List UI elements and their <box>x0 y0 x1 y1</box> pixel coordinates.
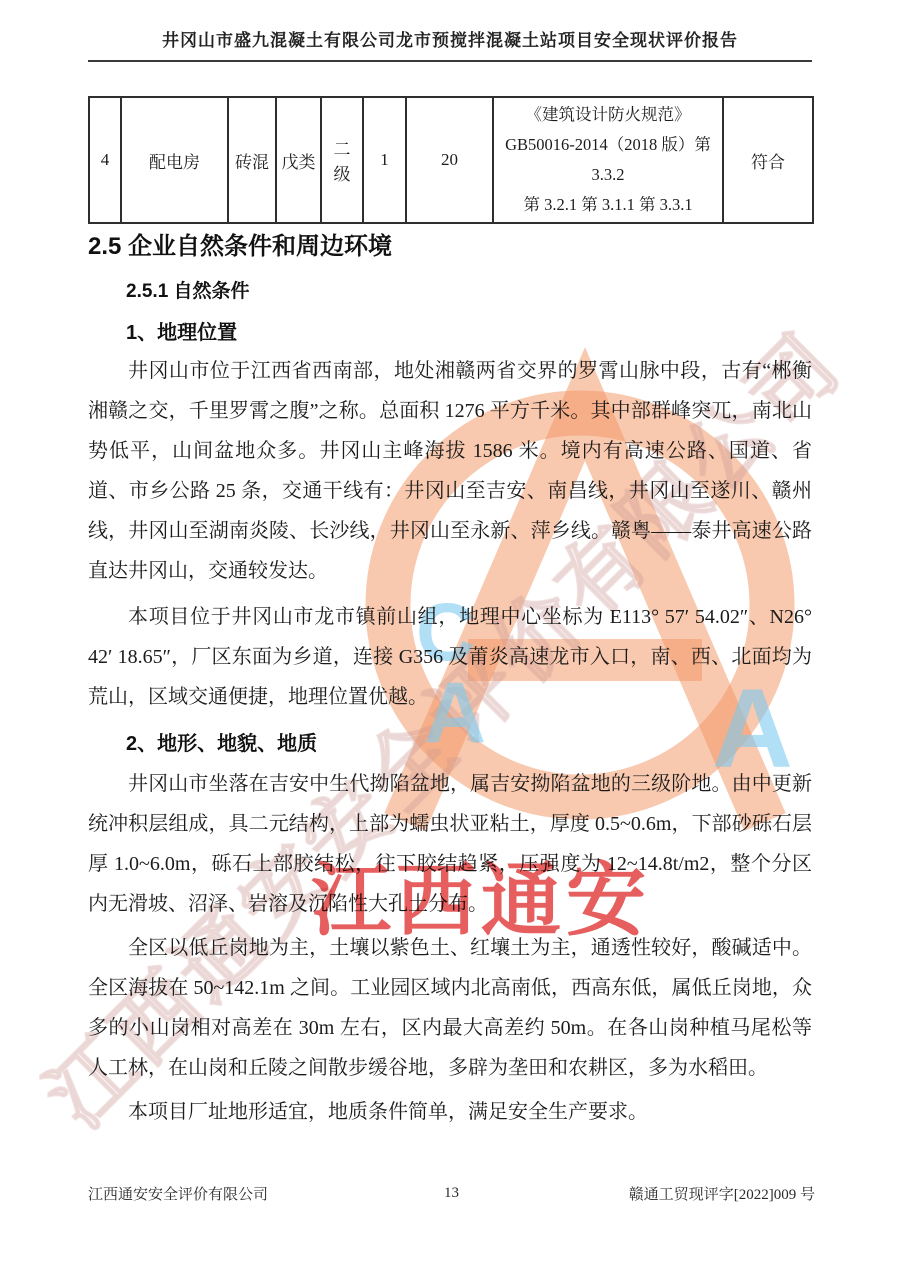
section-heading-2-5-1: 2.5.1 自然条件 <box>126 278 812 306</box>
cell-storeys: 1 <box>363 97 406 223</box>
cell-area: 20 <box>406 97 493 223</box>
footer-document-number: 赣通工贸现评字[2022]009 号 <box>573 1183 815 1204</box>
cell-conformity: 符合 <box>723 97 813 223</box>
page-footer: 江西通安安全评价有限公司 13 赣通工贸现评字[2022]009 号 <box>88 1183 815 1204</box>
page-content: 井冈山市盛九混凝土有限公司龙市预搅拌混凝土站项目安全现状评价报告 4 配电房 砖… <box>0 0 900 1132</box>
paragraph-project-location: 本项目位于井冈山市龙市镇前山组，地理中心坐标为 E113° 57′ 54.02″… <box>88 597 812 717</box>
subheading-geographic-location: 1、地理位置 <box>126 319 812 347</box>
report-page: 江西通安安全评价有限公司 C A A 井冈山市盛九混凝土有限公司龙市预搅拌混凝土… <box>0 0 900 1272</box>
paragraph-geology-2: 全区以低丘岗地为主，土壤以紫色土、红壤土为主，通透性较好，酸碱适中。全区海拔在 … <box>88 928 812 1088</box>
cell-row-number: 4 <box>89 97 121 223</box>
section-heading-2-5: 2.5 企业自然条件和周边环境 <box>88 230 812 264</box>
footer-company-name: 江西通安安全评价有限公司 <box>88 1183 330 1204</box>
cell-fire-category: 戊类 <box>276 97 321 223</box>
paragraph-geology-1: 井冈山市坐落在吉安中生代拗陷盆地，属吉安拗陷盆地的三级阶地。由中更新统冲积层组成… <box>88 764 812 924</box>
cell-regulation: 《建筑设计防火规范》 GB50016-2014（2018 版）第 3.3.2 第… <box>493 97 723 223</box>
cell-building-name: 配电房 <box>121 97 228 223</box>
footer-page-number: 13 <box>330 1185 572 1202</box>
page-header-title: 井冈山市盛九混凝土有限公司龙市预搅拌混凝土站项目安全现状评价报告 <box>88 18 812 62</box>
cell-structure: 砖混 <box>228 97 276 223</box>
cell-fire-rating: 二级 <box>321 97 363 223</box>
table-row: 4 配电房 砖混 戊类 二级 1 20 《建筑设计防火规范》 GB50016-2… <box>89 97 813 223</box>
subheading-terrain-geology: 2、地形、地貌、地质 <box>126 730 812 758</box>
paragraph-site-suitability: 本项目厂址地形适宜，地质条件简单，满足安全生产要求。 <box>88 1092 812 1132</box>
paragraph-geography-1: 井冈山市位于江西省西南部，地处湘赣两省交界的罗霄山脉中段，古有“郴衡湘赣之交，千… <box>88 351 812 591</box>
building-fire-compliance-table: 4 配电房 砖混 戊类 二级 1 20 《建筑设计防火规范》 GB50016-2… <box>88 96 814 224</box>
